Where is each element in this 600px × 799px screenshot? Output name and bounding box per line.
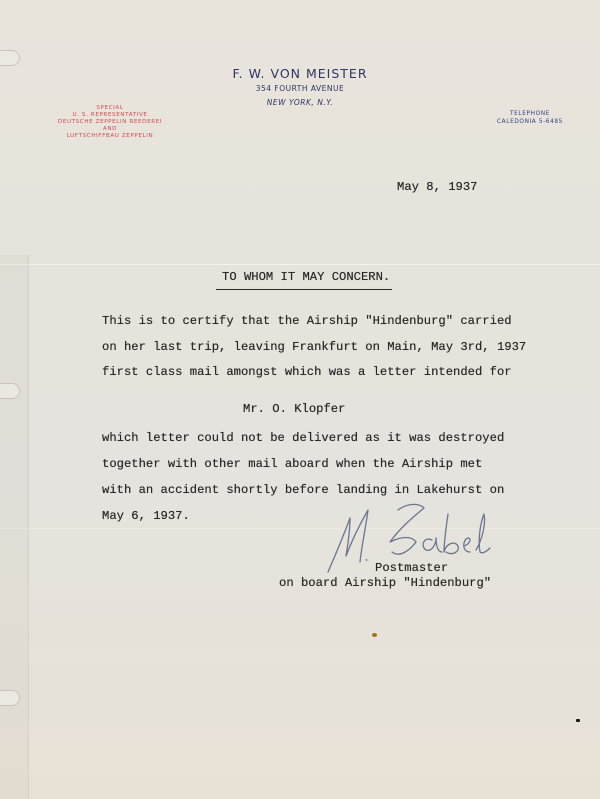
paper-stain — [372, 633, 377, 637]
body-line: on her last trip, leaving Frankfurt on M… — [102, 340, 526, 354]
recipient-name: Mr. O. Klopfer — [243, 402, 345, 416]
signer-title: Postmaster — [375, 561, 448, 575]
letter-page: F. W. VON MEISTER 354 FOURTH AVENUE NEW … — [0, 0, 600, 799]
letter-date: May 8, 1937 — [397, 180, 477, 194]
signer-subtitle: on board Airship "Hindenburg" — [279, 576, 491, 590]
paper-mark — [576, 719, 580, 722]
paper-fold-line — [0, 264, 600, 265]
representative-line: SPECIAL — [24, 105, 196, 112]
binder-hole-tab — [0, 50, 20, 66]
letterhead-name: F. W. VON MEISTER — [200, 66, 400, 81]
body-line: May 6, 1937. — [102, 509, 190, 523]
letterhead-city: NEW YORK, N.Y. — [200, 98, 400, 107]
body-line: This is to certify that the Airship "Hin… — [102, 314, 512, 328]
telephone-number: CALEDONIA 5-6485 — [480, 118, 580, 126]
letterhead-representative-block: SPECIAL U. S. REPRESENTATIVE DEUTSCHE ZE… — [24, 105, 196, 140]
body-line: which letter could not be delivered as i… — [102, 431, 504, 445]
body-line: first class mail amongst which was a let… — [102, 365, 512, 379]
paper-fold-line — [0, 528, 600, 529]
heading-underline — [216, 289, 392, 290]
representative-line: AND — [24, 126, 196, 133]
binder-hole-tab — [0, 690, 20, 706]
representative-line: U. S. REPRESENTATIVE — [24, 112, 196, 119]
body-line: with an accident shortly before landing … — [102, 483, 504, 497]
telephone-label: TELEPHONE — [480, 110, 580, 118]
representative-line: LUFTSCHIFFBAU ZEPPELIN — [24, 133, 196, 140]
letterhead-telephone-block: TELEPHONE CALEDONIA 5-6485 — [480, 110, 580, 126]
binder-reinforcement-strip — [0, 255, 29, 799]
binder-hole-tab — [0, 383, 20, 399]
letter-heading: TO WHOM IT MAY CONCERN. — [222, 270, 390, 284]
representative-line: DEUTSCHE ZEPPELIN REEDEREI — [24, 119, 196, 126]
body-line: together with other mail aboard when the… — [102, 457, 482, 471]
letterhead-address: 354 FOURTH AVENUE — [200, 84, 400, 93]
